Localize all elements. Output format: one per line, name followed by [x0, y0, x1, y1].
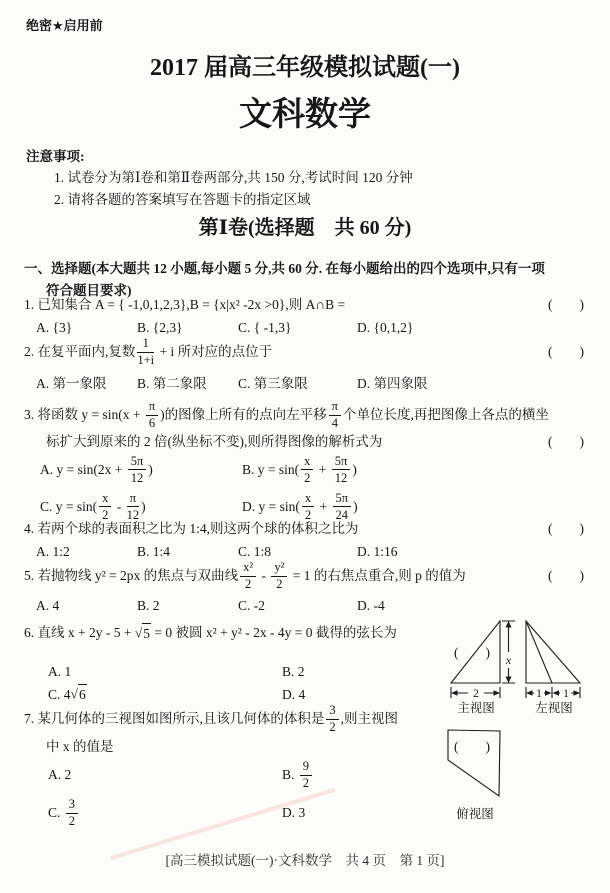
option: A. y = sin(2x + 5π12 ): [40, 451, 242, 488]
front-view-label: 主视图: [457, 701, 495, 715]
fraction-denominator: 2: [271, 577, 287, 592]
question-6-options: A. 1 B. 2 C. 4 √6 D. 4: [48, 660, 305, 706]
fraction: 5π12: [332, 454, 351, 486]
option: B. 第二象限: [137, 374, 238, 394]
fraction-numerator: π: [329, 399, 341, 415]
stem-text: 7. 某几何体的三视图如图所示,且该几何体的体积是: [24, 709, 324, 729]
top-view-label: 俯视图: [456, 807, 494, 821]
fraction-denominator: 1+i: [137, 353, 154, 368]
answer-blank: ( ): [548, 342, 584, 362]
option: B. y = sin( x2 + 5π12 ): [242, 451, 358, 488]
fraction-numerator: 1: [137, 336, 154, 352]
fraction: 32: [326, 703, 338, 735]
page-footer: [高三模拟试题(一)·文科数学 共 4 页 第 1 页]: [0, 851, 610, 871]
stem-text: 个单位长度,再把图像上各点的横坐: [343, 405, 549, 425]
fraction-numerator: y²: [271, 560, 287, 576]
fraction-numerator: x²: [240, 560, 256, 576]
fraction-denominator: 2: [326, 720, 338, 735]
notice-item: 2. 请将各题的答案填写在答题卡的指定区域: [54, 190, 311, 210]
front-height-dimension-label: x: [505, 653, 512, 667]
option: C. 32: [48, 794, 282, 832]
front-base-dimension-label: 2: [473, 688, 479, 700]
option: B. 2: [137, 596, 238, 616]
fraction-denominator: 2: [240, 577, 256, 592]
fraction: 11+i: [137, 336, 154, 368]
stem-text: 3. 将函数 y = sin(x +: [24, 405, 144, 425]
option: B. 92: [282, 756, 314, 794]
fraction-denominator: 6: [146, 416, 158, 431]
option: A. 2: [48, 756, 282, 794]
option: C. -2: [238, 596, 357, 616]
question-7-stem-row-2: 中 x 的值是 ( ): [46, 736, 490, 757]
question-3-stem-row-2: 标扩大到原来的 2 倍(纵坐标不变),则所得图像的解析式为 ( ): [46, 431, 584, 452]
answer-blank: ( ): [548, 519, 584, 539]
fraction-numerator: π: [146, 399, 158, 415]
fraction: 92: [300, 759, 312, 791]
front-view-triangle: [451, 621, 500, 683]
exam-page: 绝密★启用前 2017 届高三年级模拟试题(一) 文科数学 注意事项: 1. 试…: [0, 0, 610, 893]
fraction: x²2: [240, 560, 256, 592]
stem-text: 标扩大到原来的 2 倍(纵坐标不变),则所得图像的解析式为: [46, 432, 382, 452]
option: A. 第一象限: [36, 374, 137, 394]
side-segment-dimension-label: 1: [563, 688, 569, 700]
option-text: D. y = sin(: [242, 497, 300, 517]
fraction-numerator: 3: [326, 703, 338, 719]
stem-text: + i 所对应的点位于: [156, 342, 272, 362]
section-intro-line: 一、选择题(本大题共 12 小题,每小题 5 分,共 60 分. 在每小题给出的…: [24, 259, 545, 279]
question-7-stem: 7. 某几何体的三视图如图所示,且该几何体的体积是 32 ,则主视图: [24, 703, 398, 735]
stem-text: 中 x 的值是: [46, 737, 114, 757]
stem-text: 6. 直线 x + 2y - 5 +: [24, 623, 135, 643]
fraction-numerator: x: [302, 491, 314, 507]
fraction-denominator: 12: [332, 470, 351, 485]
question-7-options: A. 2 B. 92 C. 32 D. 3: [48, 756, 314, 832]
three-view-diagram: 2 x 1 1 主视图 左视图 俯视图: [440, 608, 610, 833]
fraction-numerator: π: [127, 491, 140, 507]
notice-item: 1. 试卷分为第Ⅰ卷和第Ⅱ卷两部分,共 150 分,考试时间 120 分钟: [54, 168, 413, 188]
answer-blank: ( ): [548, 295, 584, 315]
option-text: C.: [48, 803, 64, 823]
stem-text: )的图像上所有的点向左平移: [160, 405, 327, 425]
question-6-stem: 6. 直线 x + 2y - 5 + √5 = 0 被圆 x² + y² - 2…: [24, 623, 397, 644]
option-text: C. y = sin(: [40, 497, 97, 517]
option-text: ): [148, 460, 153, 480]
fraction: x2: [301, 454, 313, 486]
question-3-options: A. y = sin(2x + 5π12 ) B. y = sin( x2 + …: [40, 451, 358, 525]
question-6-stem-row: 6. 直线 x + 2y - 5 + √5 = 0 被圆 x² + y² - 2…: [24, 621, 445, 645]
option-text: ): [352, 460, 357, 480]
fraction: π4: [329, 399, 341, 431]
top-view-shape: [448, 730, 500, 796]
subject-title: 文科数学: [0, 94, 610, 134]
option-text: +: [316, 497, 330, 517]
question-2-options: A. 第一象限 B. 第二象限 C. 第三象限 D. 第四象限: [36, 374, 600, 394]
fraction-denominator: 4: [329, 416, 341, 431]
option-text: +: [315, 460, 329, 480]
question-4-stem-row: 4. 若两个球的表面积之比为 1:4,则这两个球的体积之比为 ( ): [24, 518, 584, 539]
classification-label: 绝密★启用前: [26, 16, 103, 36]
fraction-numerator: 5π: [332, 454, 351, 470]
option: A. 4: [36, 596, 137, 616]
fraction-numerator: 9: [300, 759, 312, 775]
option: B. 2: [282, 660, 305, 683]
option: C. 第三象限: [238, 374, 357, 394]
answer-blank: ( ): [548, 432, 584, 452]
front-view-height-dimension: [502, 621, 515, 683]
side-view-label: 左视图: [535, 701, 573, 715]
stem-text: = 0 被圆 x² + y² - 2x - 4y = 0 截得的弦长为: [151, 623, 397, 643]
stem-text: 5. 若抛物线 y² = 2px 的焦点与双曲线: [24, 566, 238, 586]
side-view-base-dimension: [526, 687, 580, 698]
option: A. 1: [48, 660, 282, 683]
stem-text: = 1 的右焦点重合,则 p 的值为: [289, 566, 465, 586]
question-3-stem-row: 3. 将函数 y = sin(x + π6 )的图像上所有的点向左平移 π4 个…: [24, 396, 584, 434]
question-1-stem: 1. 已知集合 A = { -1,0,1,2,3},B = {x|x² -2x …: [24, 295, 345, 315]
question-7-stem-row: 7. 某几何体的三视图如图所示,且该几何体的体积是 32 ,则主视图: [24, 702, 450, 736]
option-text: B. y = sin(: [242, 460, 299, 480]
side-view-inner-line: [526, 621, 552, 683]
fraction-denominator: 12: [128, 470, 147, 485]
answer-blank: ( ): [548, 566, 584, 586]
side-view-triangle: [526, 621, 580, 683]
square-root: √5: [135, 623, 151, 644]
stem-text: ,则主视图: [341, 709, 398, 729]
question-1-stem-row: 1. 已知集合 A = { -1,0,1,2,3},B = {x|x² -2x …: [24, 294, 584, 315]
option-text: A. y = sin(2x +: [40, 460, 126, 480]
radicand: 5: [142, 623, 151, 644]
section-heading: 第Ⅰ卷(选择题 共 60 分): [0, 214, 610, 242]
question-2-stem: 2. 在复平面内,复数 11+i + i 所对应的点位于: [24, 336, 272, 368]
radical-sign: √: [135, 623, 142, 643]
stem-text: -: [258, 566, 269, 586]
fraction-numerator: x: [301, 454, 313, 470]
question-5-stem-row: 5. 若抛物线 y² = 2px 的焦点与双曲线 x²2 - y²2 = 1 的…: [24, 557, 584, 595]
fraction: π6: [146, 399, 158, 431]
fraction: 5π12: [128, 454, 147, 486]
fraction-denominator: 2: [66, 814, 78, 829]
fraction: 32: [66, 797, 78, 829]
fraction: y²2: [271, 560, 287, 592]
question-4-stem: 4. 若两个球的表面积之比为 1:4,则这两个球的体积之比为: [24, 519, 359, 539]
option-text: -: [113, 497, 124, 517]
fraction-denominator: 2: [300, 776, 312, 791]
option-text: B.: [282, 765, 298, 785]
question-5-stem: 5. 若抛物线 y² = 2px 的焦点与双曲线 x²2 - y²2 = 1 的…: [24, 560, 466, 592]
fraction-numerator: 5π: [333, 491, 352, 507]
fraction-numerator: x: [99, 491, 111, 507]
option-text: ): [141, 497, 146, 517]
option-text: ): [353, 497, 358, 517]
notice-title: 注意事项:: [26, 147, 85, 167]
stem-text: 2. 在复平面内,复数: [24, 342, 135, 362]
fraction-numerator: 5π: [128, 454, 147, 470]
side-segment-dimension-label: 1: [536, 688, 542, 700]
question-3-stem: 3. 将函数 y = sin(x + π6 )的图像上所有的点向左平移 π4 个…: [24, 399, 549, 431]
fraction-denominator: 2: [301, 470, 313, 485]
question-2-stem-row: 2. 在复平面内,复数 11+i + i 所对应的点位于 ( ): [24, 334, 584, 370]
exam-title: 2017 届高三年级模拟试题(一): [0, 52, 610, 84]
option: D. 第四象限: [357, 374, 600, 394]
fraction-numerator: 3: [66, 797, 78, 813]
